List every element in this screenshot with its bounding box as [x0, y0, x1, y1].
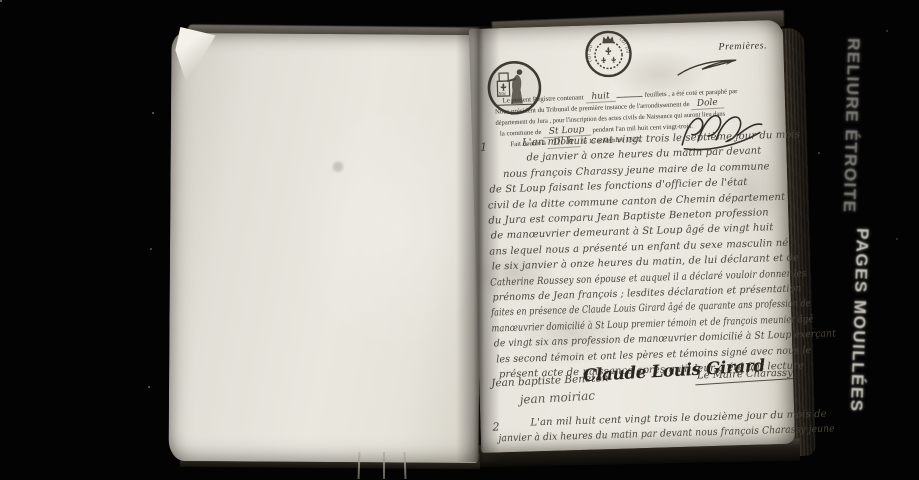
- blank-line: [617, 90, 643, 98]
- act-2-manuscript: L'an mil huit cent vingt trois le douziè…: [494, 408, 787, 447]
- right-page-manuscript: Premières. 50c: [469, 20, 795, 453]
- fleur-de-lis-icon: [605, 47, 611, 55]
- signature-mayor: Le Maire Charassy: [697, 368, 793, 382]
- page-corner-label: Premières.: [718, 40, 767, 52]
- binding-thread: [383, 452, 385, 479]
- microfilm-scan-frame: Premières. 50c: [0, 0, 919, 480]
- act-1-manuscript: L'an mil huit cent vingt trois le septiè…: [486, 128, 785, 383]
- signature-witness-2: jean moiriac: [519, 389, 595, 407]
- fleur-de-lis-icon: [611, 57, 616, 63]
- page-corner-fold: [175, 27, 215, 85]
- handwritten-fill-feuillets: huit: [585, 91, 616, 104]
- crown-icon: [602, 35, 613, 41]
- fleur-de-lis-icon: [601, 57, 606, 63]
- crowned-fleur-de-lis-stamp-icon: LOI DU LOI DU: [583, 28, 634, 79]
- left-page-blank: [169, 33, 482, 463]
- edge-annotation-pages-mouillees: PAGES MOUILLÉES: [846, 228, 872, 413]
- paraph-flourish-icon: [676, 57, 741, 79]
- wreath-ring: [595, 41, 623, 69]
- edge-annotation-reliure-etroite: RELIURE ÉTROITE: [839, 38, 864, 214]
- president-signature-flourish-icon: [677, 104, 764, 155]
- film-dust-specks: [0, 0, 2, 2]
